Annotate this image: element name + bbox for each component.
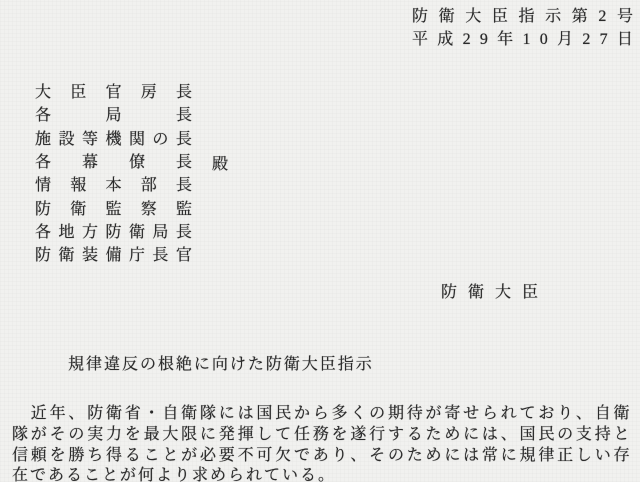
char: 各 [35,102,51,125]
char: 月 [557,32,573,48]
char: ・ [144,406,160,422]
char: た [248,357,264,373]
char: 自 [595,406,611,422]
char: 、 [350,448,366,464]
char: 情 [35,172,51,195]
char: あ [313,448,329,464]
char: 規 [68,357,84,373]
char: 、 [501,427,517,443]
char: 必 [200,448,216,464]
char: 長 [176,219,192,242]
char: 成 [437,32,453,48]
char: 防 [105,219,121,242]
char: 地 [58,219,74,242]
char: 衛 [129,219,145,242]
char: 長 [176,102,192,125]
char: 最 [144,427,160,443]
char: そ [369,448,385,464]
char: 根 [158,357,174,373]
char: 示 [545,9,561,25]
char: を [125,427,141,443]
issuer-signature: 防衛大臣 [441,285,538,301]
char: 長 [152,242,168,265]
char: 、 [576,406,592,422]
char: 2 [582,32,590,48]
char: 局 [152,219,168,242]
char: 勝 [68,448,84,464]
char: 持 [595,427,611,443]
char: 臣 [320,357,336,373]
char: た [426,427,442,443]
char: 関 [129,126,145,149]
char: に [444,448,460,464]
char: 務 [313,427,329,443]
char: 2 [598,9,606,25]
char: が [31,427,47,443]
char: の [388,448,404,464]
char: と [162,448,178,464]
char: れ [501,406,517,422]
char: 衛 [70,196,86,219]
char: お [538,406,554,422]
addressee-item: 各地方防衛局長 [35,219,192,242]
char: 国 [256,406,272,422]
char: 支 [576,427,592,443]
char: 本 [105,172,121,195]
char: の [557,427,573,443]
char: 防 [35,242,51,265]
char: る [125,448,141,464]
body-line: 信頼を勝ち得ることが必要不可欠であり、そのためには常に規律正しい存 [12,448,630,464]
char: 限 [181,427,197,443]
char: は [482,427,498,443]
char: が [426,406,442,422]
body-line: 在であることが何より求められている。 [12,468,336,482]
body-line: 近年、防衛省・自衛隊には国民から多くの期待が寄せられており、自衛 [12,406,630,422]
char: 規 [520,448,536,464]
char: 隊 [12,427,28,443]
honorific-dono: 殿 [212,157,228,173]
char: け [230,357,246,373]
char: 僚 [129,149,145,172]
char: 装 [82,242,98,265]
char: に [200,427,216,443]
char: 示 [356,357,372,373]
char: を [332,427,348,443]
char: は [238,406,254,422]
addressee-item: 大臣官房長 [35,79,192,102]
char: し [256,427,272,443]
char: 絶 [176,357,192,373]
char: 隊 [200,406,216,422]
char: 臣 [492,9,508,25]
char: 第 [572,9,588,25]
char: 違 [104,357,120,373]
issue-date: 平成29年10月27日 [412,32,633,48]
char: 衛 [284,357,300,373]
char: 存 [614,448,630,464]
char: 可 [256,448,272,464]
char: 長 [176,172,192,195]
addressee-item: 施設等機関の長 [35,126,192,149]
char: 号 [617,9,633,25]
char: 2 [463,32,471,48]
char: め [444,427,460,443]
char: 等 [82,126,98,149]
char: こ [144,448,160,464]
char: 日 [617,32,633,48]
char: 行 [369,427,385,443]
char: 衛 [468,285,484,301]
char: 省 [125,406,141,422]
char: 自 [162,406,178,422]
char: 設 [58,126,74,149]
char: め [426,448,442,464]
char: 律 [538,448,554,464]
char: 長 [176,126,192,149]
char: 各 [35,149,51,172]
char: 部 [141,172,157,195]
char: 衛 [181,406,197,422]
char: り [557,406,573,422]
char: と [614,427,630,443]
char: 官 [105,79,121,102]
char: 長 [176,79,192,102]
char: 実 [87,427,103,443]
char: 察 [141,196,157,219]
char: 防 [87,406,103,422]
char: が [181,448,197,464]
char: に [219,406,235,422]
directive-title: 規律違反の根絶に向けた防衛大臣指示 [68,357,372,373]
char: 遂 [350,427,366,443]
char: 衛 [439,9,455,25]
addressee-item: 各幕僚長 [35,149,192,172]
char: は [463,448,479,464]
char: て [275,427,291,443]
char: 発 [219,427,235,443]
char: 大 [495,285,511,301]
char: 期 [388,406,404,422]
char: に [194,357,210,373]
char: 房 [141,79,157,102]
char: 方 [82,219,98,242]
char: 向 [212,357,228,373]
char: て [520,406,536,422]
addressee-item: 防衛装備庁長官 [35,242,192,265]
char: ら [482,406,498,422]
char: 常 [482,448,498,464]
char: ら [313,406,329,422]
char: る [407,427,423,443]
char: の [68,427,84,443]
char: 多 [332,406,348,422]
char: 衛 [614,406,630,422]
char: を [50,448,66,464]
char: 大 [302,357,318,373]
char [12,406,28,422]
char: 7 [600,32,608,48]
char: 民 [275,406,291,422]
char: 監 [105,196,121,219]
char: 報 [70,172,86,195]
char: 近 [31,406,47,422]
char: に [463,427,479,443]
char: 不 [238,448,254,464]
char: 衛 [106,406,122,422]
char: 律 [86,357,102,373]
char: 防 [266,357,282,373]
char: す [388,427,404,443]
addressee-list: 大臣官房長 各局長 施設等機関の長 各幕僚長 情報本部長 防衛監察監 各地方防衛… [35,79,192,265]
char: の [369,406,385,422]
char: 大 [465,9,481,25]
char: 任 [294,427,310,443]
char: の [140,357,156,373]
char: 欠 [275,448,291,464]
char: 国 [520,427,536,443]
char: 官 [176,242,192,265]
char: 民 [538,427,554,443]
char: 防 [35,196,51,219]
char: 各 [35,219,51,242]
char: 臣 [70,79,86,102]
char: 0 [540,32,548,48]
char: 指 [338,357,354,373]
char: 年 [497,32,513,48]
char: 正 [557,448,573,464]
char: せ [463,406,479,422]
char: の [152,126,168,149]
char: 衛 [58,242,74,265]
addressee-item: 各局長 [35,102,192,125]
char: り [332,448,348,464]
char: に [501,448,517,464]
char: 9 [480,32,488,48]
char: 1 [522,32,530,48]
char: 信 [12,448,28,464]
char: 長 [176,149,192,172]
char: 庁 [129,242,145,265]
char: 防 [412,9,428,25]
scanned-directive-document: 防衛大臣指示第2号 平成29年10月27日 大臣官房長 各局長 施設等機関の長 … [0,0,640,482]
char: し [576,448,592,464]
char: 反 [122,357,138,373]
char: 臣 [522,285,538,301]
char: 平 [412,32,428,48]
char: か [294,406,310,422]
char: 頼 [31,448,47,464]
char: で [294,448,310,464]
char: 揮 [238,427,254,443]
doc-number: 防衛大臣指示第2号 [412,9,633,25]
char: 局 [105,102,121,125]
char: 要 [219,448,235,464]
char: た [407,448,423,464]
char: 指 [519,9,535,25]
char: く [350,406,366,422]
char: 監 [176,196,192,219]
char: ち [87,448,103,464]
char: 年 [50,406,66,422]
char: 大 [35,79,51,102]
char: 力 [106,427,122,443]
addressee-item: 防衛監察監 [35,195,192,218]
char: 寄 [444,406,460,422]
char: 機 [105,126,121,149]
char: 、 [68,406,84,422]
char: そ [50,427,66,443]
char: い [595,448,611,464]
char: 幕 [82,149,98,172]
char: 施 [35,126,51,149]
body-line: 隊がその実力を最大限に発揮して任務を遂行するためには、国民の支持と [12,427,630,443]
char: 得 [106,448,122,464]
addressee-item: 情報本部長 [35,172,192,195]
char: 備 [105,242,121,265]
char: 防 [441,285,457,301]
char: 大 [162,427,178,443]
char: 待 [407,406,423,422]
